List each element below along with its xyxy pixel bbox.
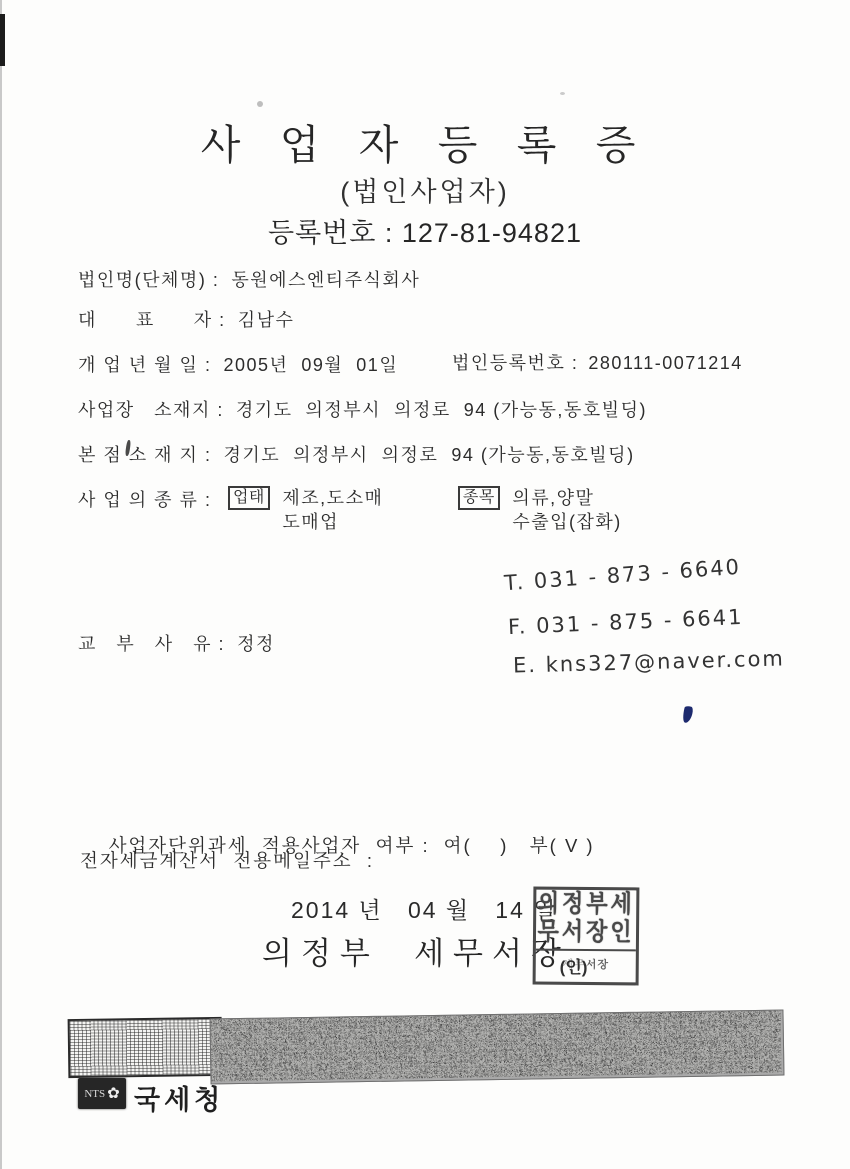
field-open-date-label: 개 업 년 월 일 :	[78, 355, 211, 375]
field-biz-address-value: 경기도 의정부시 의정로 94 (가능동,동호빌딩)	[236, 400, 647, 420]
nts-logo-text: NTS	[84, 1088, 105, 1100]
field-corp-reg-no: 법인등록번호 :280111-0071214	[452, 349, 743, 375]
biz-type-jongmok-line2: 수출입(잡화)	[512, 512, 621, 532]
biz-type-uptae-line1: 제조,도소매	[282, 488, 383, 508]
handwritten-fax: F. 031 - 875 - 6641	[508, 605, 744, 639]
microtext-security-block	[68, 1017, 223, 1078]
handwritten-email: E. kns327@naver.com	[513, 646, 785, 677]
biz-type-uptae-line2: 도매업	[282, 512, 339, 532]
field-representative: 대 표 자 :김남수	[78, 306, 294, 332]
blue-pen-mark	[681, 705, 694, 724]
biz-type-jongmok-line1: 의류,양말	[512, 488, 594, 508]
issue-date: 2014 년 04 월 14 일	[291, 892, 558, 925]
field-issue-reason-value: 정정	[237, 634, 275, 654]
field-hq-address-label: 본 점 소 재 지 :	[78, 445, 211, 465]
business-registration-certificate: 사 업 자 등 록 증 (법인사업자) 등록번호 : 127-81-94821 …	[0, 0, 850, 1169]
field-corp-name-value: 동원에스엔티주식회사	[231, 270, 420, 290]
unit-tax-value: 여( ) 부( V )	[444, 835, 595, 856]
document-subtitle: (법인사업자)	[0, 170, 850, 209]
nts-logo: NTS ✿	[78, 1078, 126, 1109]
stamp-in-overlay: (인)	[560, 953, 588, 978]
field-open-date-value: 2005년 09월 01일	[223, 355, 398, 375]
field-open-date: 개 업 년 월 일 :2005년 09월 01일	[78, 351, 398, 377]
field-corp-name: 법인명(단체명) :동원에스엔티주식회사	[78, 266, 420, 292]
issuer-title: 의정부 세무서장	[262, 928, 570, 973]
nts-flower-icon: ✿	[107, 1086, 120, 1101]
official-seal-stamp: 의정부세 무서장인 세무서장 (인)	[533, 887, 640, 986]
field-hq-address: 본 점 소 재 지 :경기도 의정부시 의정로 94 (가능동,동호빌딩)	[78, 441, 635, 467]
field-biz-type: 사 업 의 종 류 : 업태 제조,도소매도매업 종목 의류,양말수출입(잡화)	[78, 486, 622, 534]
handwritten-telephone: T. 031 - 873 - 6640	[503, 555, 741, 595]
scan-edge-blot	[0, 14, 5, 66]
agency-name: 국세청	[134, 1078, 224, 1117]
biz-type-jongmok-tag: 종목	[458, 486, 500, 510]
field-biz-address: 사업장 소재지 :경기도 의정부시 의정로 94 (가능동,동호빌딩)	[78, 396, 647, 422]
field-representative-label: 대 표 자 :	[78, 310, 226, 330]
document-title: 사 업 자 등 록 증	[0, 112, 850, 171]
scan-speck	[257, 101, 263, 107]
field-corp-reg-no-label: 법인등록번호 :	[452, 353, 578, 373]
etax-email-line: 전자세금계산서 전용메일주소 :	[80, 847, 374, 873]
field-issue-reason-label: 교 부 사 유 :	[78, 634, 225, 654]
field-hq-address-value: 경기도 의정부시 의정로 94 (가능동,동호빌딩)	[223, 445, 634, 465]
field-issue-reason: 교 부 사 유 :정정	[78, 630, 275, 656]
registration-number-line: 등록번호 : 127-81-94821	[0, 211, 850, 250]
stamp-row-2: 무서장인	[536, 916, 636, 948]
field-biz-address-label: 사업장 소재지 :	[78, 400, 224, 420]
scan-speck	[560, 92, 565, 95]
field-representative-value: 김남수	[238, 310, 295, 330]
biz-type-jongmok-values: 의류,양말수출입(잡화)	[512, 486, 621, 534]
biz-type-uptae-values: 제조,도소매도매업	[282, 486, 383, 534]
field-corp-name-label: 법인명(단체명) :	[78, 270, 219, 290]
biz-type-uptae-tag: 업태	[228, 486, 270, 510]
security-noise-band	[210, 1009, 785, 1084]
field-corp-reg-no-value: 280111-0071214	[588, 353, 742, 373]
stamp-bottom-band: 세무서장 (인)	[536, 949, 636, 980]
field-biz-type-label: 사 업 의 종 류 :	[78, 490, 211, 510]
noise-pattern	[211, 1011, 782, 1082]
